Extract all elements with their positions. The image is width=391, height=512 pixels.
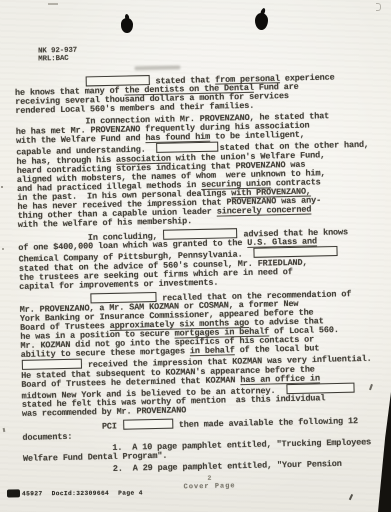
text-segment: Welfare Fund Dental Program". (23, 451, 168, 464)
erasure-smudge (134, 65, 180, 70)
nw-stamp-mark: NW (7, 489, 20, 497)
redaction-box (22, 359, 82, 370)
stray-mark (349, 494, 353, 500)
ink-blob-right (255, 13, 268, 30)
paragraph-4: recalled that on the recommendation ofMr… (19, 287, 391, 420)
text-segment: was recommended by Mr. PROVENZANO (22, 406, 186, 420)
footer-docid: DocId:32309664 (52, 489, 110, 496)
footer-number: 45927 (22, 490, 43, 497)
archive-footer: NW 45927 DocId:32309664 Page 4 (7, 489, 143, 498)
redaction-box (156, 142, 218, 153)
top-edge-mark (48, 3, 58, 5)
corner-pencil-mark (376, 3, 381, 11)
edge-speck (1, 186, 3, 188)
redaction-box (123, 419, 173, 430)
paragraph-3: In concluding, advised that he knowsof o… (18, 225, 391, 292)
underlined-text: sincerely concerned (217, 204, 312, 216)
scanned-document-page: NK 92-937 MRL:BAC stated that from perso… (0, 0, 391, 512)
typed-content: NK 92-937 MRL:BAC stated that from perso… (14, 40, 391, 495)
footer-page: Page 4 (118, 489, 143, 496)
edge-speck (2, 248, 4, 250)
redaction-box (253, 246, 337, 258)
document-body: stated that from personal experiencehe k… (15, 70, 391, 476)
edge-speck (3, 428, 5, 432)
text-segment: documents: (22, 432, 72, 443)
redaction-box (286, 382, 354, 393)
ink-blob-left (121, 18, 133, 33)
file-header: NK 92-937 MRL:BAC (38, 40, 386, 64)
paragraph-1: stated that from personal experiencehe k… (15, 70, 388, 117)
footer-stamp-group: NW 45927 (7, 489, 43, 497)
paragraph-2: In connection with Mr. PROVENZANO, he st… (16, 111, 390, 230)
